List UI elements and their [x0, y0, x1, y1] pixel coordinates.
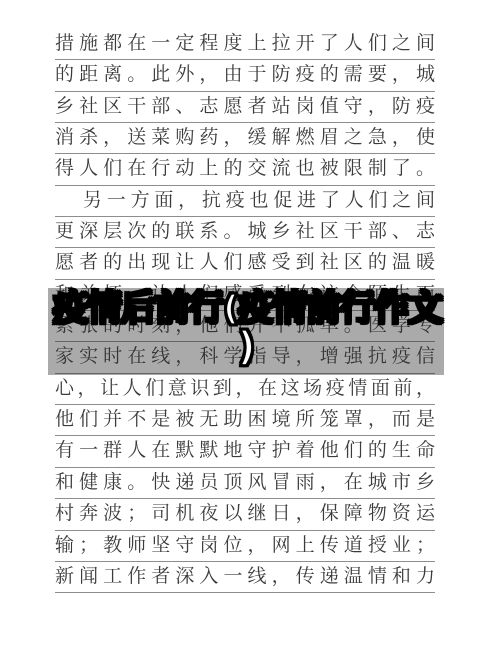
handwriting-line: 村奔波；司机夜以继日，保障物资运: [55, 499, 435, 530]
handwriting-line: 乡社区干部、志愿者站岗值守，防疫: [55, 92, 435, 123]
overlay-title-line2: ): [48, 329, 444, 365]
handwriting-line: 的距离。此外，由于防疫的需要，城: [55, 60, 435, 91]
handwriting-line: 新闻工作者深入一线，传递温情和力: [55, 562, 435, 593]
handwriting-line: 消杀，送菜购药，缓解燃眉之急，使: [55, 123, 435, 154]
handwriting-line: 得人们在行动上的交流也被限制了。: [55, 154, 435, 185]
handwriting-line: 愿者的出现让人们感受到社区的温暖: [55, 248, 435, 279]
overlay-title: 疫情后前行(疫情前行作文 ): [48, 289, 444, 365]
handwriting-line-paragraph-start: 另一方面，抗疫也促进了人们之间: [55, 186, 435, 217]
handwriting-line: 有一群人在默默地守护着他们的生命: [55, 436, 435, 467]
handwriting-line: 措施都在一定程度上拉开了人们之间: [55, 29, 435, 60]
handwriting-line: 和健康。快递员顶风冒雨，在城市乡: [55, 468, 435, 499]
handwriting-line: 输；教师坚守岗位，网上传道授业；: [55, 531, 435, 562]
handwriting-line: 心，让人们意识到，在这场疫情面前，: [55, 374, 435, 405]
overlay-title-line1: 疫情后前行(疫情前行作文: [48, 289, 444, 329]
handwriting-line: 他们并不是被无助困境所笼罩，而是: [55, 405, 435, 436]
handwritten-essay-page: 措施都在一定程度上拉开了人们之间 的距离。此外，由于防疫的需要，城 乡社区干部、…: [0, 0, 500, 666]
handwriting-line: 更深层次的联系。城乡社区干部、志: [55, 217, 435, 248]
